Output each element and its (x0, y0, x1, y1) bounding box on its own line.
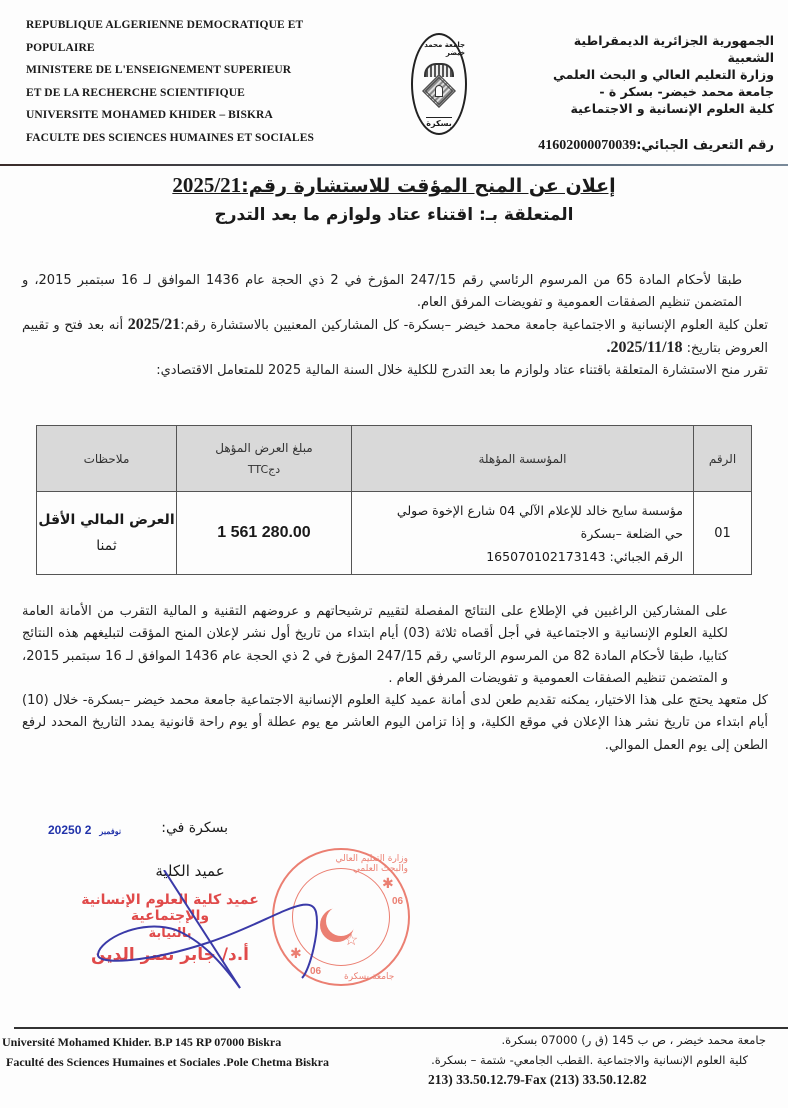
footer-phone-fax: 213) 33.50.12.79-Fax (213) 33.50.12.82 (386, 1070, 766, 1090)
header-ar-line: جامعة محمد خيضر- بسكر ة - (524, 83, 774, 100)
header-ar-line: كلية العلوم الإنسانية و الاجتماعية (524, 100, 774, 117)
body-paragraphs: على المشاركين الراغبين في الإطلاع على ال… (22, 601, 768, 757)
logo-city-text: بسكرة (426, 117, 452, 128)
header-fr-line: MINISTERE DE L'ENSEIGNEMENT SUPERIEUR (26, 59, 386, 82)
col-institution: المؤسسة المؤهلة (352, 426, 694, 492)
dean-role: عميد الكلية (40, 862, 300, 880)
header-ar-line: وزارة التعليم العالي و البحث العلمي (524, 66, 774, 83)
logo-arch-text: جامعة محمد خيضر (413, 41, 465, 57)
header-fr-line: FACULTE DES SCIENCES HUMAINES ET SOCIALE… (26, 127, 386, 150)
table-row: 01 مؤسسة سايح خالد للإعلام الآلي 04 شارع… (37, 492, 752, 575)
intro-paragraph: طبقا لأحكام المادة 65 من المرسوم الرئاسي… (22, 270, 768, 382)
consultation-number: 2025/21 (172, 173, 241, 197)
title-line-1: إعلان عن المنح المؤقت للاستشارة رقم:2025… (0, 171, 788, 200)
stamp-line-2: بالنيابة (40, 926, 300, 941)
footer-divider (14, 1027, 788, 1029)
header-fr-line: REPUBLIQUE ALGERIENNE DEMOCRATIQUE ET (26, 14, 386, 37)
intro-evaluation-date: 2025/11/18. (607, 339, 683, 356)
logo-emblem-icon (422, 63, 456, 111)
col-amount: مبلغ العرض المؤهل دجTTC (177, 426, 352, 492)
intro-announcement: تعلن كلية العلوم الإنسانية و الاجتماعية … (22, 314, 768, 360)
col-notes: ملاحظات (37, 426, 177, 492)
header-arabic: الجمهورية الجزائرية الديمقراطية الشعبية … (524, 32, 774, 154)
header-fr-line: POPULAIRE (26, 37, 386, 60)
header-divider (0, 164, 788, 166)
footer-fr-address: Université Mohamed Khider. B.P 145 RP 07… (2, 1032, 329, 1052)
award-table: الرقم المؤسسة المؤهلة مبلغ العرض المؤهل … (36, 425, 752, 575)
col-amount-unit: دجTTC (177, 463, 351, 476)
header-fr-line: UNIVERSITE MOHAMED KHIDER – BISKRA (26, 104, 386, 127)
header-french: REPUBLIQUE ALGERIENNE DEMOCRATIQUE ET PO… (26, 14, 386, 149)
stamp-line-1: عميد كلية العلوم الإنسانية والإجتماعية (40, 892, 300, 924)
university-logo: جامعة محمد خيضر بسكرة (411, 33, 467, 135)
footer-french: Université Mohamed Khider. B.P 145 RP 07… (2, 1032, 329, 1072)
col-number: الرقم (694, 426, 752, 492)
footer-ar-faculty: كلية العلوم الإنسانية والاجتماعية .القطب… (386, 1050, 766, 1070)
tax-id-label: رقم التعريف الجبائي: (636, 138, 774, 153)
footer-arabic: جامعة محمد خيضر ، ص ب 145 (ق ر) 07000 بس… (386, 1030, 766, 1090)
dean-signature-block: عميد الكلية عميد كلية العلوم الإنسانية و… (40, 862, 300, 965)
appeal-paragraph: كل متعهد يحتج على هذا الاختيار، يمكنه تق… (22, 690, 768, 757)
footer-ar-address: جامعة محمد خيضر ، ص ب 145 (ق ر) 07000 بس… (386, 1030, 766, 1050)
tax-id-value: 41602000070039 (538, 138, 636, 153)
title-text: إعلان عن المنح المؤقت للاستشارة رقم: (241, 175, 615, 197)
cell-number: 01 (694, 492, 752, 575)
date-stamp: 2025نوفمبر2 0 (48, 823, 129, 837)
intro-legal-basis: طبقا لأحكام المادة 65 من المرسوم الرئاسي… (22, 270, 768, 314)
tax-id: رقم التعريف الجبائي:41602000070039 (524, 137, 774, 154)
stamp-line-3: أ.د/ جابر نصر الدين (40, 945, 300, 965)
place-label: بسكرة في: (161, 820, 228, 836)
place-date: 2025نوفمبر2 0 بسكرة في: (48, 820, 228, 844)
footer-fr-faculty: Faculté des Sciences Humaines et Sociale… (2, 1052, 329, 1072)
cell-institution: مؤسسة سايح خالد للإعلام الآلي 04 شارع ال… (352, 492, 694, 575)
cell-notes: العرض المالي الأقل ثمنا (37, 492, 177, 575)
announcement-title: إعلان عن المنح المؤقت للاستشارة رقم:2025… (0, 171, 788, 230)
intro-consultation-number: 2025/21 (128, 316, 180, 333)
cell-amount: 1 561 280.00 (177, 492, 352, 575)
institution-tax-id: 165070102173143 (486, 549, 605, 564)
title-subject: المتعلقة بـ: اقتناء عتاد ولوازم ما بعد ا… (0, 200, 788, 230)
header-fr-line: ET DE LA RECHERCHE SCIENTIFIQUE (26, 82, 386, 105)
table-header-row: الرقم المؤسسة المؤهلة مبلغ العرض المؤهل … (37, 426, 752, 492)
results-consultation-paragraph: على المشاركين الراغبين في الإطلاع على ال… (22, 601, 768, 690)
header-ar-line: الجمهورية الجزائرية الديمقراطية الشعبية (524, 32, 774, 66)
intro-decision: تقرر منح الاستشارة المتعلقة باقتناء عتاد… (22, 360, 768, 382)
